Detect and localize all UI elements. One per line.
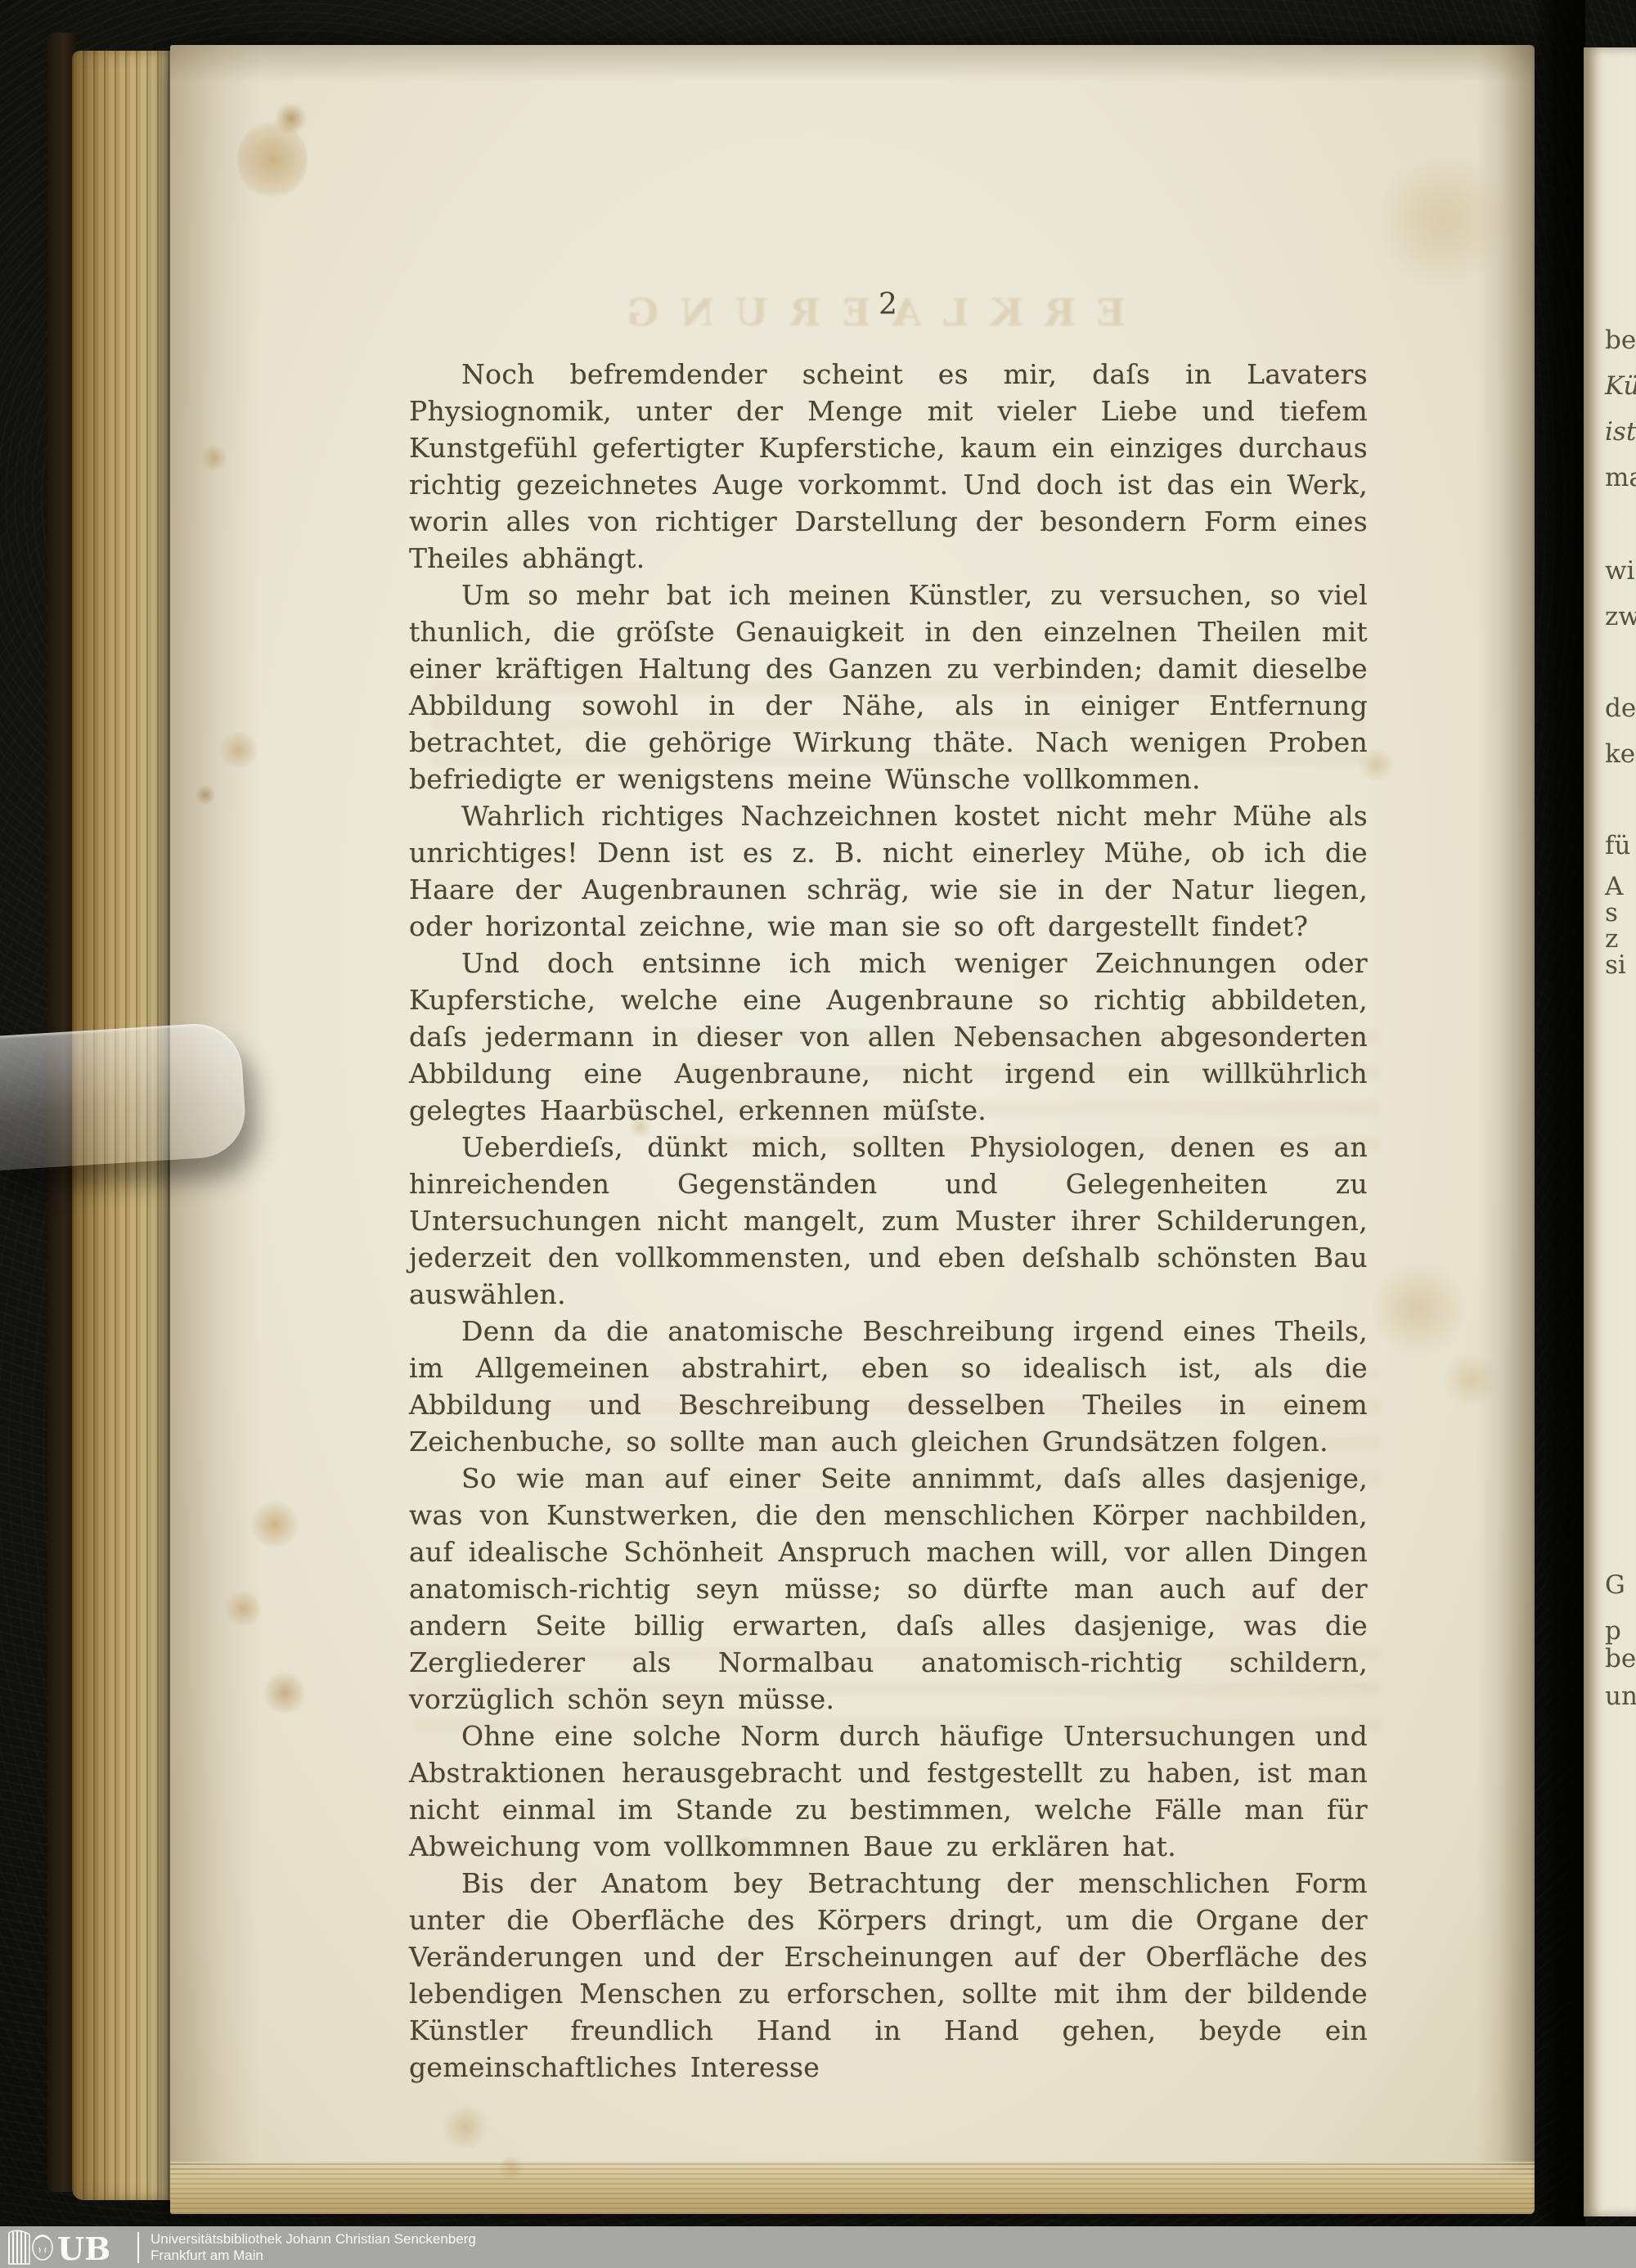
- foxing-stain: [218, 732, 260, 768]
- page-bottom-edges: [170, 2162, 1535, 2214]
- footer-divider: [137, 2232, 139, 2263]
- scan-viewport: ERKLAERUNG 2 Noch befremdender scheint e…: [0, 0, 1636, 2268]
- next-page-text-fragment: un: [1605, 1682, 1636, 1711]
- translucent-holding-strip: [0, 1022, 248, 1171]
- page-right-curl-shadow: [1477, 45, 1535, 2214]
- next-page-text-fragment: wid: [1605, 556, 1636, 586]
- foxing-stain: [275, 102, 308, 135]
- next-page-text-fragment: des: [1605, 694, 1636, 723]
- foxing-stain: [195, 785, 216, 805]
- library-logo: UB: [0, 2226, 129, 2268]
- foxing-stain: [440, 2106, 491, 2149]
- paragraph: So wie man auf einer Seite annimmt, daſs…: [409, 1460, 1368, 1718]
- paragraph: Wahrlich richtiges Nachzeichnen kostet n…: [409, 797, 1368, 945]
- library-footer-bar: UB Universitätsbibliothek Johann Christi…: [0, 2226, 1636, 2268]
- book-page: ERKLAERUNG 2 Noch befremdender scheint e…: [170, 45, 1535, 2214]
- foxing-stain: [224, 1591, 263, 1627]
- foxing-stain: [262, 1673, 308, 1713]
- library-name-line2: Frankfurt am Main: [151, 2248, 476, 2264]
- next-page-text-fragment: ke: [1605, 739, 1635, 769]
- foxing-stain: [1381, 143, 1503, 299]
- paragraph: Und doch entsinne ich mich weniger Zeich…: [409, 945, 1368, 1129]
- paragraph: Denn da die anatomische Beschreibung irg…: [409, 1313, 1368, 1460]
- foxing-stain: [249, 1501, 301, 1548]
- next-page-text-fragment: Kün: [1605, 371, 1636, 401]
- next-page-text-fragment: ist,: [1605, 417, 1636, 447]
- ub-logo-text: UB: [57, 2230, 110, 2266]
- next-page-text-fragment: z: [1605, 924, 1618, 954]
- paragraph: Noch befremdender scheint es mir, daſs i…: [409, 356, 1368, 577]
- library-name-line1: Universitätsbibliothek Johann Christian …: [151, 2231, 476, 2248]
- foxing-stain: [200, 446, 229, 470]
- next-page-text-fragment: be: [1605, 1644, 1636, 1673]
- next-page-text-fragment: si: [1605, 950, 1626, 980]
- next-page-text-fragment: G: [1605, 1570, 1625, 1600]
- paragraph: Ohne eine solche Norm durch häufige Unte…: [409, 1718, 1368, 1865]
- foxing-stain: [1443, 1354, 1500, 1406]
- next-page-text-fragment: p: [1605, 1616, 1621, 1646]
- next-page-text-fragment: s: [1605, 898, 1618, 927]
- foxing-stain: [1373, 1255, 1463, 1362]
- next-page-text-fragment: bes: [1605, 326, 1636, 355]
- next-page-text-fragment: zwe: [1605, 602, 1636, 631]
- paragraph: Ueberdieſs, dünkt mich, sollten Physiolo…: [409, 1129, 1368, 1313]
- foxing-stain: [497, 2155, 525, 2180]
- library-name: Universitätsbibliothek Johann Christian …: [151, 2231, 476, 2264]
- page-gap-shadow: [1531, 0, 1585, 2268]
- page-content: 2 Noch befremdender scheint es mir, daſs…: [409, 290, 1368, 2086]
- paragraph: Um so mehr bat ich meinen Künstler, zu v…: [409, 577, 1368, 797]
- paragraph: Bis der Anatom bey Betrachtung der mensc…: [409, 1865, 1368, 2086]
- page-number: 2: [409, 290, 1368, 320]
- text-block: Noch befremdender scheint es mir, daſs i…: [409, 356, 1368, 2086]
- next-page-sliver: besKünist,manwidzwedeskefüAszsiGpbeun: [1584, 47, 1636, 2216]
- next-page-text-fragment: man: [1605, 463, 1636, 492]
- next-page-text-fragment: fü: [1605, 831, 1630, 860]
- page-top-shadow: [170, 45, 1535, 83]
- next-page-text-fragment: A: [1605, 872, 1623, 901]
- ub-logo-icon: UB: [7, 2230, 129, 2266]
